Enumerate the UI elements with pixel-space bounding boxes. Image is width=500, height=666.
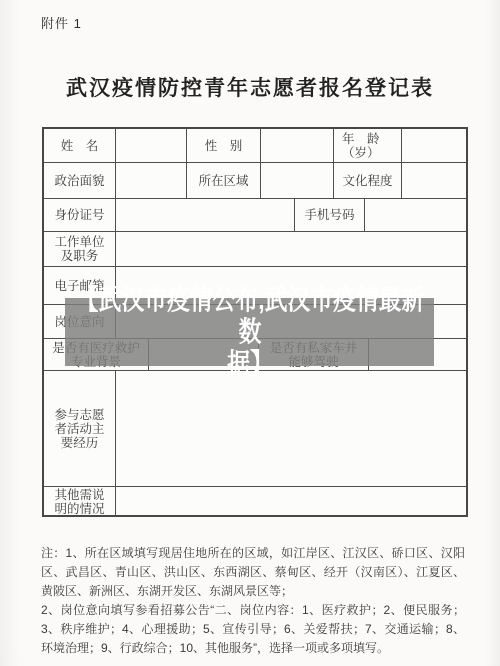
other-info-value-cell (116, 487, 466, 517)
region-label: 所在区域 (187, 163, 261, 198)
mobile-value-cell (365, 199, 466, 231)
name-value-cell (116, 129, 187, 162)
name-label: 姓 名 (44, 129, 116, 162)
watermark-text: 【武汉市疫情公布,武汉市疫情最新数 据】 (65, 284, 433, 380)
gender-value-cell (261, 129, 334, 162)
table-row-id-mobile: 身份证号 手机号码 (44, 199, 466, 232)
table-row-name-gender-age: 姓 名 性 别 年 龄 （岁） (44, 129, 466, 163)
watermark-line-1: 【武汉市疫情公布,武汉市疫情最新数 (65, 284, 433, 348)
volunteer-experience-label: 参与志愿 者活动主 要经历 (44, 371, 116, 486)
form-notes: 注：1、所在区域填写现居住地所在的区域，如江岸区、江汉区、硚口区、汉阳区、武昌区… (41, 544, 465, 658)
attachment-label: 附件 1 (41, 13, 82, 32)
political-status-label: 政治面貌 (44, 163, 116, 198)
document-photo: 附件 1 武汉疫情防控青年志愿者报名登记表 姓 名 性 别 年 龄 （岁） 政治… (0, 0, 500, 666)
note-2: 2、岗位意向填写参看招募公告“二、岗位内容：1、医疗救护；2、便民服务；3、秩序… (41, 601, 465, 658)
id-number-label: 身份证号 (44, 199, 116, 231)
education-label: 文化程度 (334, 163, 402, 198)
work-unit-value-cell (116, 232, 466, 266)
age-label: 年 龄 （岁） (334, 129, 402, 162)
age-value-cell (402, 129, 466, 162)
table-row-other-info: 其他需说 明的情况 (44, 487, 466, 517)
other-info-label: 其他需说 明的情况 (44, 487, 116, 517)
mobile-label: 手机号码 (295, 199, 365, 231)
note-1: 注：1、所在区域填写现居住地所在的区域，如江岸区、江汉区、硚口区、汉阳区、武昌区… (41, 544, 465, 601)
table-row-work-unit: 工作单位 及职务 (44, 232, 466, 267)
work-unit-label: 工作单位 及职务 (44, 232, 116, 266)
volunteer-experience-value-cell (116, 371, 466, 486)
watermark-line-2: 据】 (65, 348, 433, 380)
table-row-volunteer-experience: 参与志愿 者活动主 要经历 (44, 371, 466, 487)
political-status-value-cell (116, 163, 187, 198)
watermark-overlay: 【武汉市疫情公布,武汉市疫情最新数 据】 (65, 298, 434, 366)
education-value-cell (402, 163, 466, 198)
id-number-value-cell (116, 199, 295, 231)
table-row-political-region-education: 政治面貌 所在区域 文化程度 (44, 163, 466, 199)
page-title: 武汉疫情防控青年志愿者报名登记表 (0, 72, 500, 102)
gender-label: 性 别 (187, 129, 261, 162)
region-value-cell (261, 163, 334, 198)
